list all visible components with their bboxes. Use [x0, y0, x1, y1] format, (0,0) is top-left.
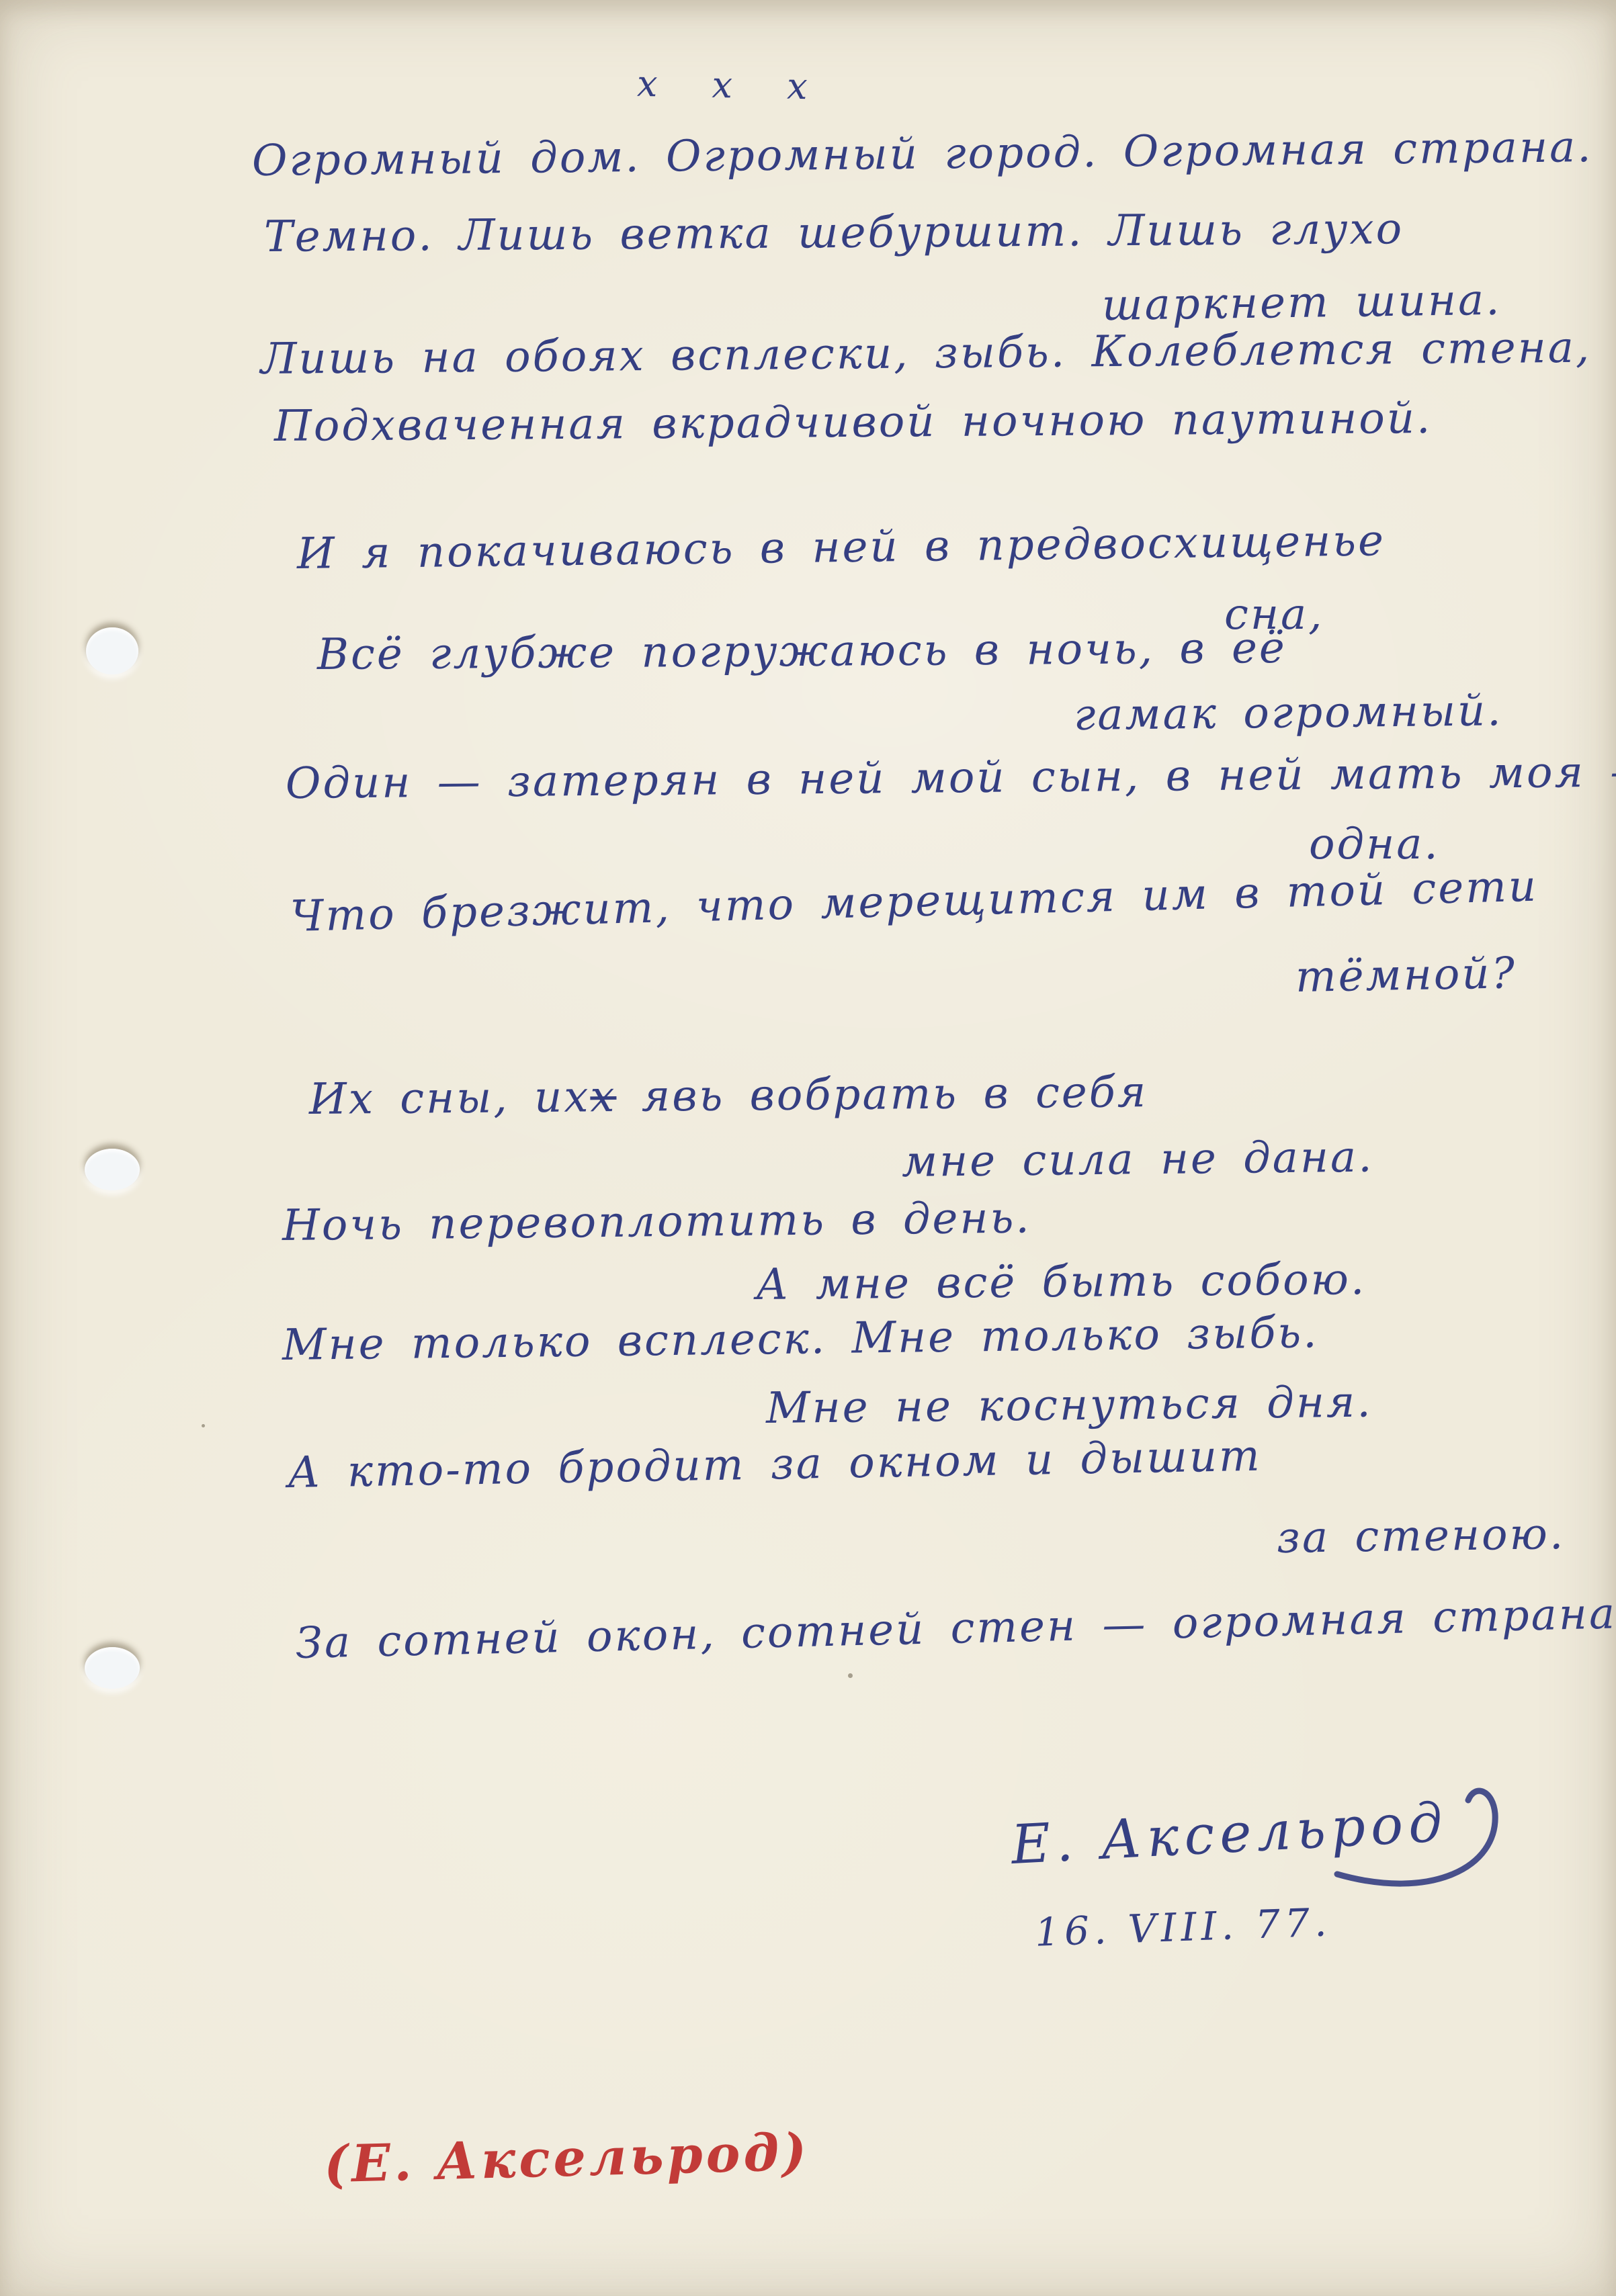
- struck-out-letter: х: [590, 1072, 617, 1122]
- poem-line-segment: явь вобрать в себя: [616, 1067, 1148, 1122]
- manuscript-date: 16. VIII. 77.: [1034, 1899, 1332, 1955]
- punch-hole-top: [86, 627, 138, 674]
- poem-line: Один — затерян в ней мой сын, в ней мать…: [286, 748, 1616, 807]
- poem-header-marks: х х х: [636, 62, 809, 107]
- poem-line: Темно. Лишь ветка шебуршит. Лишь глухо: [264, 206, 1404, 261]
- poem-line: Подхваченная вкрадчивой ночною паутиной.: [274, 395, 1433, 450]
- poem-line: тёмной?: [1295, 950, 1517, 1001]
- poem-line: А кто-то бродит за окном и дышит: [287, 1433, 1262, 1497]
- poem-line: Огромный дом. Огромный город. Огромная с…: [252, 124, 1593, 185]
- poem-line: гамак огромный.: [1074, 687, 1503, 739]
- poem-line: И я покачиваюсь в ней в предвосхищенье: [297, 517, 1386, 578]
- poem-line: Лишь на обоях всплески, зыбь. Колеблется…: [261, 324, 1592, 384]
- poem-line: шаркнет шина.: [1102, 277, 1502, 330]
- manuscript-page: х х х Огромный дом. Огромный город. Огро…: [0, 0, 1616, 2296]
- poem-line: За сотней окон, сотней стен — огромная с…: [295, 1590, 1616, 1668]
- poem-line: мне сила не дана.: [902, 1134, 1374, 1186]
- poem-line: Их сны, ихх явь вобрать в себя: [309, 1069, 1148, 1123]
- punch-hole-middle: [85, 1149, 140, 1190]
- poem-line: Ночь перевоплотить в день.: [282, 1194, 1031, 1249]
- poem-line-segment: Их сны, их: [309, 1072, 591, 1124]
- poem-line: Что брезжит, что мерещится им в той сети: [290, 863, 1539, 941]
- paper-speck: [202, 1424, 205, 1427]
- poem-line: А мне всё быть собою.: [756, 1256, 1367, 1309]
- punch-hole-bottom: [85, 1647, 140, 1689]
- paper-speck: [848, 1673, 853, 1678]
- poem-line: за стеною.: [1277, 1511, 1566, 1562]
- attribution-note: (Е. Аксельрод): [323, 2122, 810, 2195]
- poem-line: Мне не коснуться дня.: [766, 1379, 1373, 1433]
- signature-flourish: [1330, 1773, 1519, 1908]
- poem-line: Мне только всплеск. Мне только зыбь.: [282, 1309, 1319, 1369]
- poem-line: одна.: [1309, 821, 1440, 868]
- poem-line: Всё глубже погружаюсь в ночь, в её: [317, 625, 1287, 678]
